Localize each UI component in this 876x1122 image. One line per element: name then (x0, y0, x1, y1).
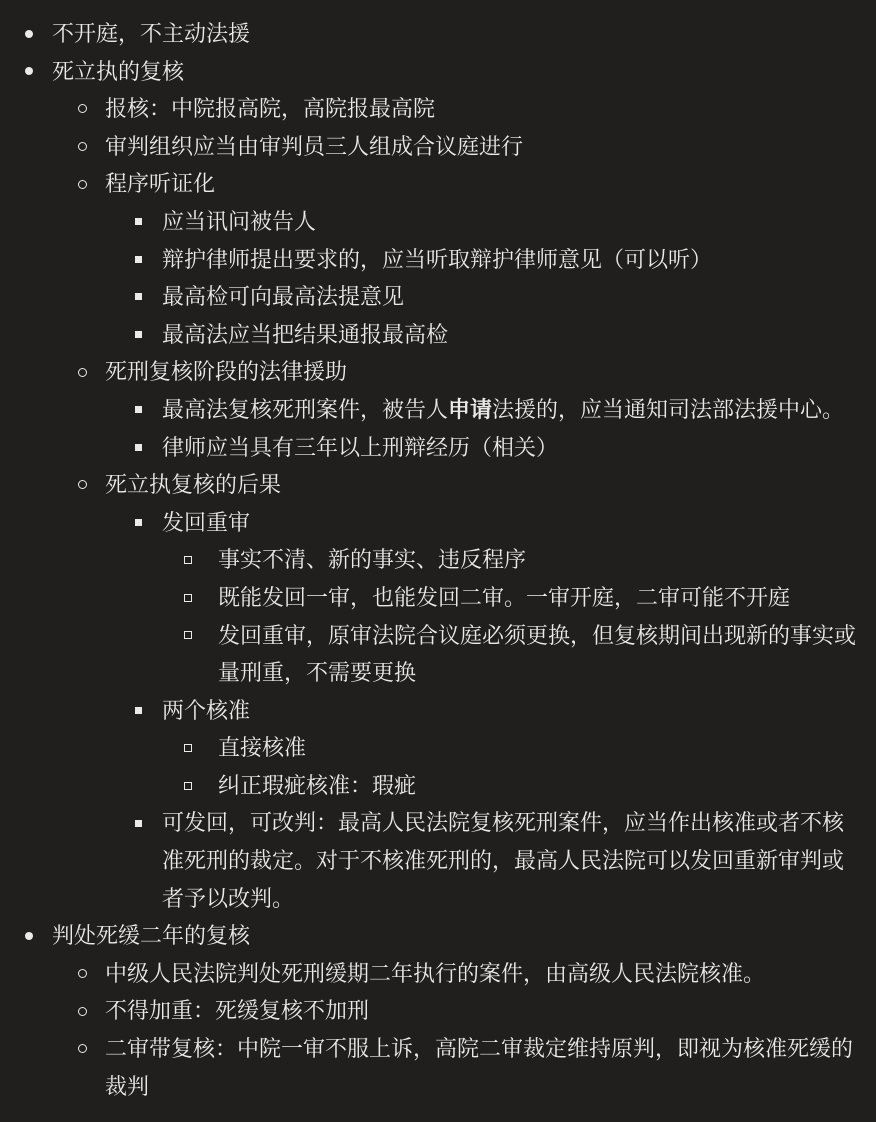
outline-list: 不开庭，不主动法援死立执的复核报核：中院报高院，高院报最高院审判组织应当由审判员… (0, 15, 860, 1105)
text-run: 两个核准 (162, 698, 250, 723)
bullet-circle-icon (78, 969, 87, 978)
bullet-open-square-icon (184, 556, 192, 564)
list-item[interactable]: 死立执的复核 (0, 53, 860, 91)
text-run: 审判组织应当由审判员三人组成合议庭进行 (105, 134, 523, 159)
list-item-text[interactable]: 死立执的复核 (52, 59, 184, 84)
list-item-text[interactable]: 死刑复核阶段的法律援助 (105, 359, 347, 384)
bullet-square-icon (135, 218, 142, 225)
bullet-square-icon (135, 444, 142, 451)
list-item-text[interactable]: 最高法复核死刑案件，被告人申请法援的，应当通知司法部法援中心。 (162, 397, 844, 422)
list-item[interactable]: 不得加重：死缓复核不加刑 (0, 992, 860, 1030)
list-item[interactable]: 程序听证化 (0, 165, 860, 203)
text-run: 应当讯问被告人 (162, 209, 316, 234)
bullet-disc-icon (25, 932, 33, 940)
text-run: 最高法应当把结果通报最高检 (162, 322, 448, 347)
text-run: 报核：中院报高院，高院报最高院 (105, 96, 435, 121)
list-item-text[interactable]: 报核：中院报高院，高院报最高院 (105, 96, 435, 121)
text-run: 发回重审，原审法院合议庭必须更换，但复核期间出现新的事实或量刑重，不需要更换 (218, 623, 856, 686)
text-run: 事实不清、新的事实、违反程序 (218, 547, 526, 572)
list-item-text[interactable]: 辩护律师提出要求的，应当听取辩护律师意见（可以听） (162, 247, 712, 272)
text-run: 可发回，可改判：最高人民法院复核死刑案件，应当作出核准或者不核准死刑的裁定。对于… (162, 810, 844, 910)
list-item[interactable]: 审判组织应当由审判员三人组成合议庭进行 (0, 128, 860, 166)
list-item[interactable]: 既能发回一审，也能发回二审。一审开庭，二审可能不开庭 (0, 579, 860, 617)
list-item-text[interactable]: 死立执复核的后果 (105, 472, 281, 497)
bullet-square-icon (135, 331, 142, 338)
list-item-text[interactable]: 直接核准 (218, 735, 306, 760)
text-run: 辩护律师提出要求的，应当听取辩护律师意见（可以听） (162, 247, 712, 272)
text-run: 不开庭，不主动法援 (52, 21, 250, 46)
text-run: 直接核准 (218, 735, 306, 760)
list-item-text[interactable]: 发回重审，原审法院合议庭必须更换，但复核期间出现新的事实或量刑重，不需要更换 (218, 623, 856, 686)
list-item[interactable]: 最高法应当把结果通报最高检 (0, 316, 860, 354)
bullet-circle-icon (78, 480, 87, 489)
bullet-circle-icon (78, 104, 87, 113)
list-item-text[interactable]: 既能发回一审，也能发回二审。一审开庭，二审可能不开庭 (218, 585, 790, 610)
list-item[interactable]: 最高法复核死刑案件，被告人申请法援的，应当通知司法部法援中心。 (0, 391, 860, 429)
list-item-text[interactable]: 两个核准 (162, 698, 250, 723)
list-item[interactable]: 判处死缓二年的复核 (0, 917, 860, 955)
list-item[interactable]: 可发回，可改判：最高人民法院复核死刑案件，应当作出核准或者不核准死刑的裁定。对于… (0, 804, 860, 917)
text-run: 发回重审 (162, 510, 250, 535)
bold-text-run: 申请 (448, 397, 492, 422)
text-run: 死刑复核阶段的法律援助 (105, 359, 347, 384)
bullet-circle-icon (78, 368, 87, 377)
list-item-text[interactable]: 应当讯问被告人 (162, 209, 316, 234)
list-item[interactable]: 中级人民法院判处死刑缓期二年执行的案件，由高级人民法院核准。 (0, 955, 860, 993)
list-item-text[interactable]: 律师应当具有三年以上刑辩经历（相关） (162, 435, 558, 460)
list-item-text[interactable]: 审判组织应当由审判员三人组成合议庭进行 (105, 134, 523, 159)
list-item[interactable]: 不开庭，不主动法援 (0, 15, 860, 53)
bullet-open-square-icon (184, 631, 192, 639)
text-run: 二审带复核：中院一审不服上诉，高院二审裁定维持原判，即视为核准死缓的裁判 (105, 1036, 853, 1099)
list-item[interactable]: 事实不清、新的事实、违反程序 (0, 541, 860, 579)
bullet-square-icon (135, 519, 142, 526)
list-item[interactable]: 死刑复核阶段的法律援助 (0, 353, 860, 391)
text-run: 中级人民法院判处死刑缓期二年执行的案件，由高级人民法院核准。 (105, 961, 765, 986)
list-item[interactable]: 死立执复核的后果 (0, 466, 860, 504)
list-item-text[interactable]: 纠正瑕疵核准：瑕疵 (218, 773, 416, 798)
list-item[interactable]: 报核：中院报高院，高院报最高院 (0, 90, 860, 128)
list-item-text[interactable]: 不开庭，不主动法援 (52, 21, 250, 46)
list-item-text[interactable]: 不得加重：死缓复核不加刑 (105, 998, 369, 1023)
bullet-square-icon (135, 293, 142, 300)
text-run: 最高法复核死刑案件，被告人 (162, 397, 448, 422)
list-item[interactable]: 发回重审，原审法院合议庭必须更换，但复核期间出现新的事实或量刑重，不需要更换 (0, 617, 860, 692)
bullet-square-icon (135, 707, 142, 714)
text-run: 死立执复核的后果 (105, 472, 281, 497)
text-run: 程序听证化 (105, 171, 215, 196)
bullet-circle-icon (78, 1007, 87, 1016)
list-item-text[interactable]: 发回重审 (162, 510, 250, 535)
bullet-disc-icon (25, 67, 33, 75)
list-item-text[interactable]: 事实不清、新的事实、违反程序 (218, 547, 526, 572)
bullet-open-square-icon (184, 744, 192, 752)
text-run: 判处死缓二年的复核 (52, 923, 250, 948)
list-item[interactable]: 应当讯问被告人 (0, 203, 860, 241)
list-item[interactable]: 最高检可向最高法提意见 (0, 278, 860, 316)
list-item[interactable]: 直接核准 (0, 729, 860, 767)
bullet-open-square-icon (184, 782, 192, 790)
bullet-circle-icon (78, 142, 87, 151)
bullet-circle-icon (78, 1044, 87, 1053)
bullet-disc-icon (25, 30, 33, 38)
text-run: 纠正瑕疵核准：瑕疵 (218, 773, 416, 798)
text-run: 律师应当具有三年以上刑辩经历（相关） (162, 435, 558, 460)
text-run: 既能发回一审，也能发回二审。一审开庭，二审可能不开庭 (218, 585, 790, 610)
bullet-square-icon (135, 820, 142, 827)
list-item[interactable]: 发回重审 (0, 504, 860, 542)
list-item-text[interactable]: 程序听证化 (105, 171, 215, 196)
list-item-text[interactable]: 二审带复核：中院一审不服上诉，高院二审裁定维持原判，即视为核准死缓的裁判 (105, 1036, 853, 1099)
text-run: 最高检可向最高法提意见 (162, 284, 404, 309)
list-item[interactable]: 两个核准 (0, 692, 860, 730)
text-run: 死立执的复核 (52, 59, 184, 84)
list-item[interactable]: 律师应当具有三年以上刑辩经历（相关） (0, 429, 860, 467)
note-page[interactable]: 不开庭，不主动法援死立执的复核报核：中院报高院，高院报最高院审判组织应当由审判员… (0, 0, 876, 1122)
bullet-square-icon (135, 406, 142, 413)
list-item-text[interactable]: 中级人民法院判处死刑缓期二年执行的案件，由高级人民法院核准。 (105, 961, 765, 986)
list-item-text[interactable]: 判处死缓二年的复核 (52, 923, 250, 948)
bullet-open-square-icon (184, 594, 192, 602)
list-item[interactable]: 纠正瑕疵核准：瑕疵 (0, 767, 860, 805)
list-item-text[interactable]: 可发回，可改判：最高人民法院复核死刑案件，应当作出核准或者不核准死刑的裁定。对于… (162, 810, 844, 910)
bullet-circle-icon (78, 180, 87, 189)
list-item[interactable]: 二审带复核：中院一审不服上诉，高院二审裁定维持原判，即视为核准死缓的裁判 (0, 1030, 860, 1105)
bullet-square-icon (135, 256, 142, 263)
text-run: 法援的，应当通知司法部法援中心。 (492, 397, 844, 422)
list-item-text[interactable]: 最高法应当把结果通报最高检 (162, 322, 448, 347)
list-item-text[interactable]: 最高检可向最高法提意见 (162, 284, 404, 309)
text-run: 不得加重：死缓复核不加刑 (105, 998, 369, 1023)
list-item[interactable]: 辩护律师提出要求的，应当听取辩护律师意见（可以听） (0, 241, 860, 279)
